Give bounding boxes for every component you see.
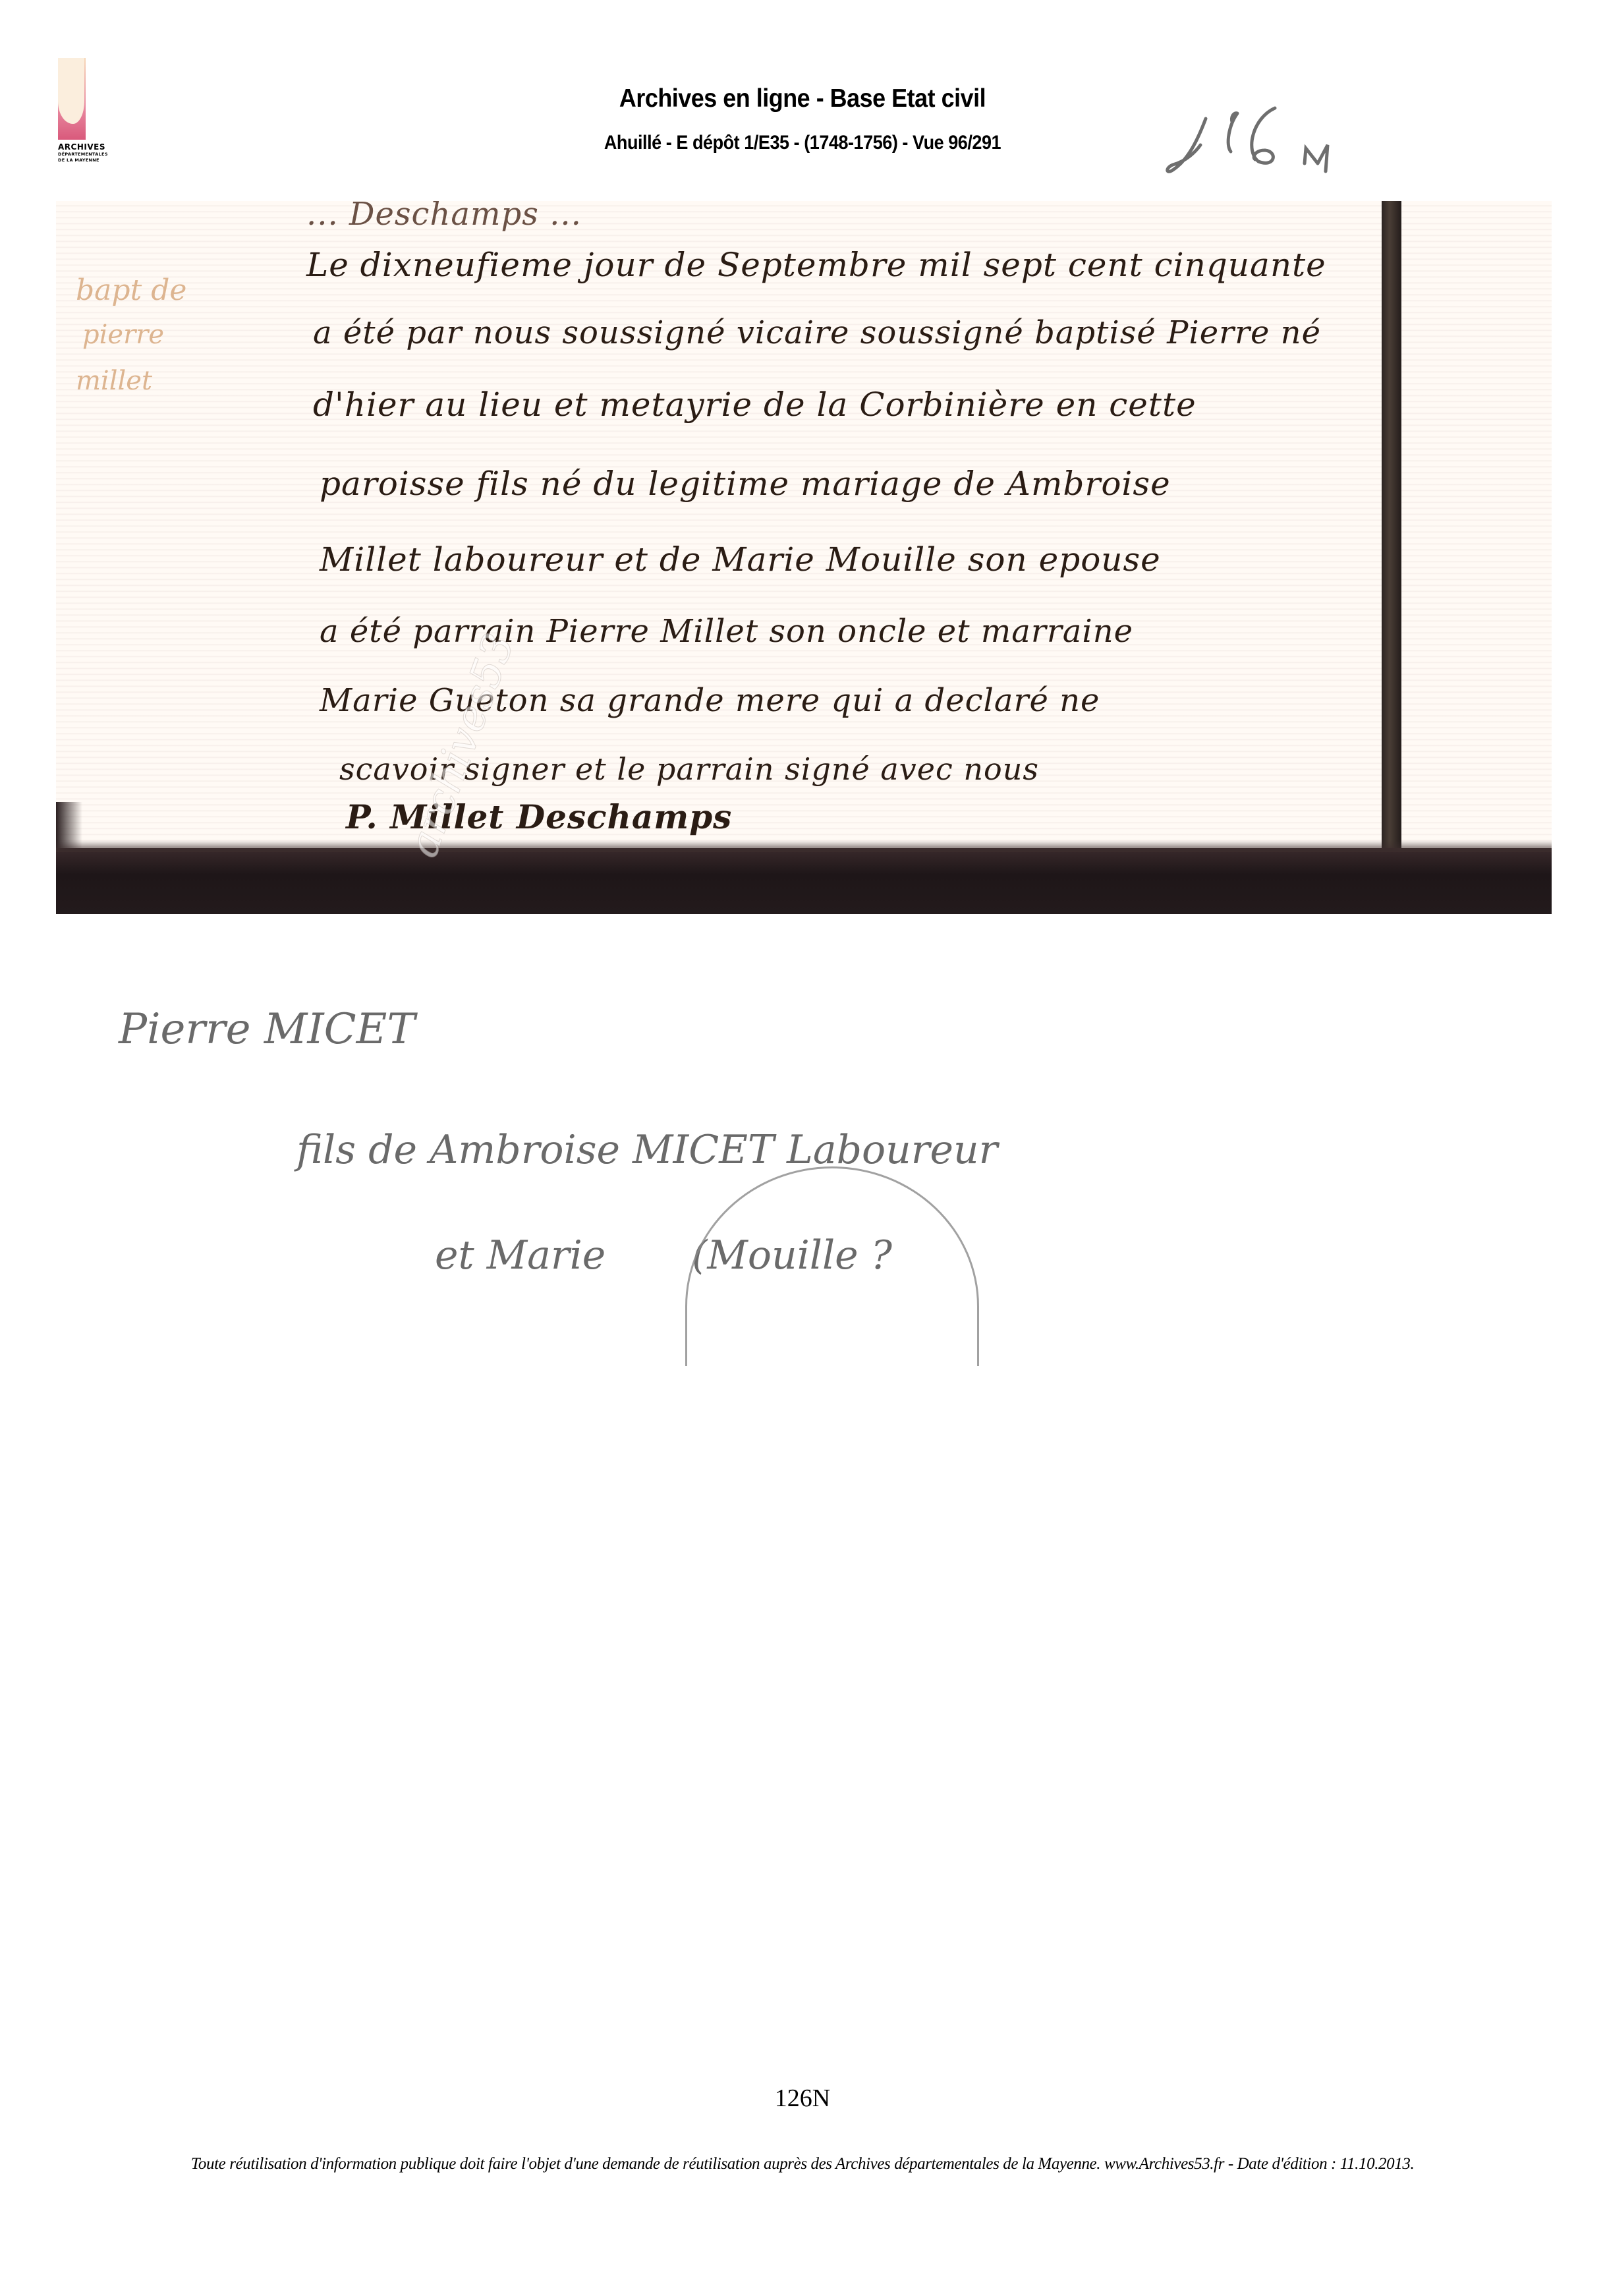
parish-register-scan: bapt de pierre millet ... Deschamps ... … [56,201,1552,914]
register-line-2: a été par nous soussigné vicaire soussig… [313,314,1321,351]
register-line-0: ... Deschamps ... [306,201,582,233]
scan-bottom-shadow [56,848,1552,914]
register-line-5: Millet laboureur et de Marie Mouille son… [320,540,1161,579]
note-parents-mother-prefix: et Marie [435,1232,605,1278]
register-line-4: paroisse fils né du legitime mariage de … [320,465,1171,503]
book-binding-edge [1382,201,1401,914]
page-number: 126N [0,2084,1605,2113]
logo-line-3: DE LA MAYENNE [58,158,117,163]
margin-note-line-1: bapt de [76,273,186,307]
reuse-notice-footer: Toute réutilisation d'information publiq… [0,2155,1605,2173]
handwritten-reference: 126n [1160,99,1357,185]
register-line-6: a été parrain Pierre Millet son oncle et… [320,613,1133,650]
register-line-3: d'hier au lieu et metayrie de la Corbini… [313,386,1197,424]
register-line-7: Marie Gueton sa grande mere qui a declar… [320,682,1100,719]
note-parents-father: fils de Ambroise MICET Laboureur [296,1127,998,1173]
pencil-circle-mark [685,1166,979,1366]
margin-note-line-2: pierre [82,320,164,350]
note-child-name: Pierre MICET [119,1005,415,1054]
margin-note-line-3: millet [76,366,152,396]
register-line-1: Le dixneufieme jour de Septembre mil sep… [306,246,1326,284]
